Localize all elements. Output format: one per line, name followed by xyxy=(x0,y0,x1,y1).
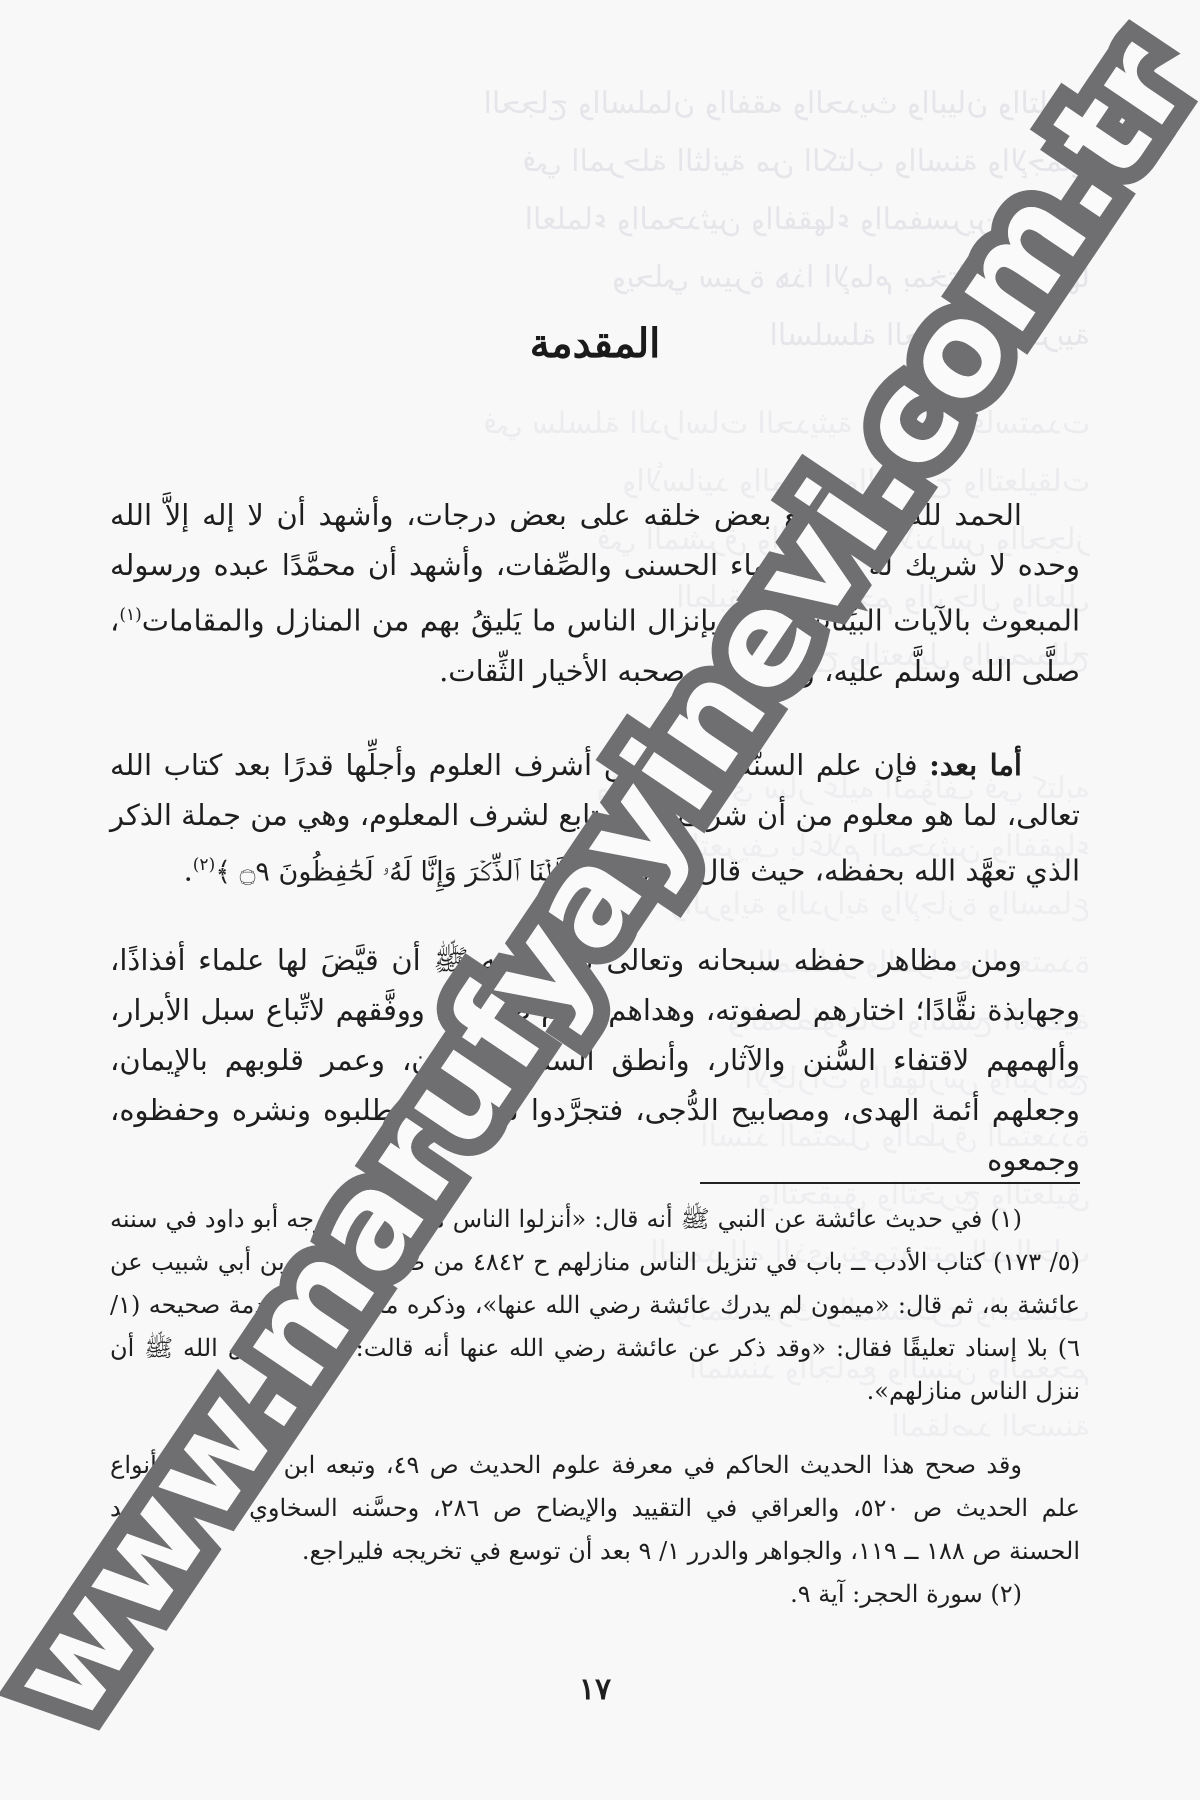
paragraph-tail: . xyxy=(184,854,193,888)
paragraph-text: الحمد لله الذي رفع بعض خلقه على بعض درجا… xyxy=(110,498,1080,638)
footnote-1: (١) في حديث عائشة عن النبي ﷺ أنه قال: «أ… xyxy=(110,1198,1080,1413)
footnote-2: (٢) سورة الحجر: آية ٩. xyxy=(110,1573,1080,1616)
book-page: ﺍﻟﺤﺠﺎﺝ ﻭﺍﻟﺴﻠﻤﺎﻥ ﻭﺍﻟﻔﻘﻪ ﻭﺍﻟﺤﺪﻳﺚ ﻭﺍﻟﺒﻴﺎﻥ ﻭ… xyxy=(0,0,1200,1800)
footnote-marker-2[interactable]: (٢) xyxy=(193,855,215,875)
paragraph-amma-bad: أما بعد: فإن علم السنَّة النبوية من أشرف… xyxy=(110,740,1080,898)
footnote-1-continued: وقد صحح هذا الحديث الحاكم في معرفة علوم … xyxy=(110,1444,1080,1573)
footnote-marker-1[interactable]: (١) xyxy=(119,605,141,625)
footnote-text: (١) في حديث عائشة عن النبي ﷺ أنه قال: «أ… xyxy=(110,1205,1080,1405)
page-title: المقدمة xyxy=(110,320,1080,367)
paragraph-opening-praise: الحمد لله الذي رفع بعض خلقه على بعض درجا… xyxy=(110,490,1080,696)
quran-verse: ﴿ إِنَّا نَحۡنُ نَزَّلۡنَا ٱلذِّكۡرَ وَإ… xyxy=(215,857,678,888)
paragraph-text: ومن مظاهر حفظه سبحانه وتعالى لسنَّة نبيه… xyxy=(110,943,1080,1177)
footnote-text: وقد صحح هذا الحديث الحاكم في معرفة علوم … xyxy=(110,1451,1080,1565)
paragraph-preservation: ومن مظاهر حفظه سبحانه وتعالى لسنَّة نبيه… xyxy=(110,935,1080,1185)
paragraph-lead: أما بعد: xyxy=(929,748,1022,782)
footnote-divider xyxy=(700,1182,1080,1184)
page-number: ١٧ xyxy=(110,1672,1080,1707)
footnote-text: (٢) سورة الحجر: آية ٩. xyxy=(790,1580,1022,1608)
